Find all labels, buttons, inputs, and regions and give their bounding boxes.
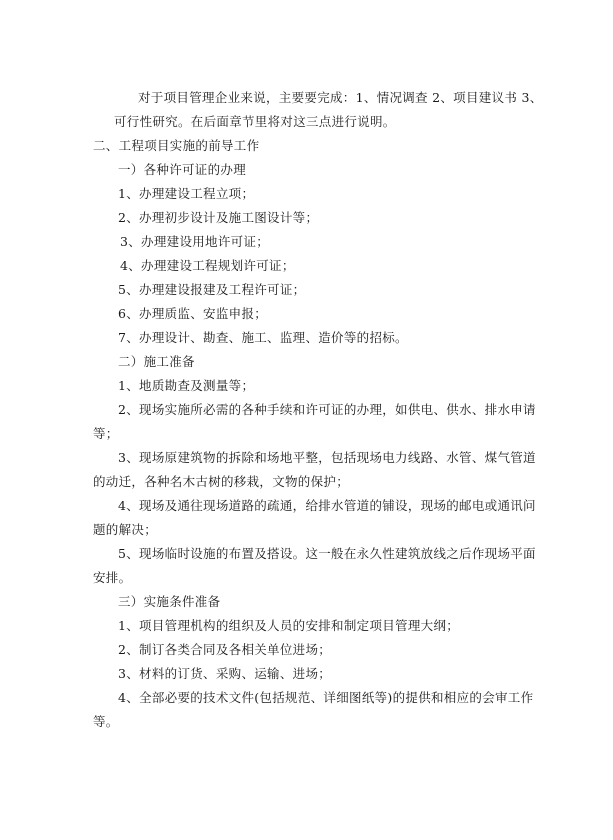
text-line: 二）施工准备	[118, 354, 195, 370]
text-line: 对于项目管理企业来说，主要要完成：1、情况调查 2、项目建议书 3、	[138, 90, 543, 106]
text-line: 3、办理建设用地许可证；	[120, 234, 269, 250]
text-line: 3、现场原建筑物的拆除和场地平整，包括现场电力线路、水管、煤气管道	[118, 450, 536, 466]
text-line: 一）各种许可证的办理	[118, 162, 246, 178]
text-line: 可行性研究。在后面章节里将对这三点进行说明。	[114, 114, 396, 130]
text-line: 2、制订各类合同及各相关单位进场；	[118, 642, 331, 658]
text-line: 三）实施条件准备	[118, 594, 220, 610]
text-line: 题的解决；	[93, 522, 157, 538]
text-line: 安排。	[93, 570, 131, 586]
text-line: 1、项目管理机构的组织及人员的安排和制定项目管理大纲；	[118, 618, 459, 634]
text-line: 1、办理建设工程立项；	[118, 186, 254, 202]
text-line: 4、全部必要的技术文件(包括规范、详细图纸等)的提供和相应的会审工作	[118, 690, 533, 706]
text-line: 7、办理设计、勘查、施工、监理、造价等的招标。	[118, 330, 408, 346]
text-line: 等。	[93, 714, 119, 730]
text-line: 1、地质勘查及测量等；	[118, 378, 254, 394]
text-line: 2、办理初步设计及施工图设计等；	[118, 210, 318, 226]
text-line: 4、现场及通往现场道路的疏通，给排水管道的铺设，现场的邮电或通讯问	[118, 498, 536, 514]
text-line: 3、材料的订货、采购、运输、进场；	[118, 666, 331, 682]
text-line: 的动迁，各种名木古树的移栽，文物的保护；	[93, 474, 349, 490]
text-line: 2、现场实施所必需的各种手续和许可证的办理，如供电、供水、排水申请	[118, 402, 536, 418]
text-line: 5、办理建设报建及工程许可证；	[118, 282, 305, 298]
text-line: 二、工程项目实施的前导工作	[93, 138, 259, 154]
text-line: 6、办理质监、安监申报；	[118, 306, 267, 322]
text-line: 4、办理建设工程规划许可证；	[120, 258, 295, 274]
text-line: 等；	[93, 426, 119, 442]
text-line: 5、现场临时设施的布置及搭设。这一般在永久性建筑放线之后作现场平面	[118, 546, 536, 562]
